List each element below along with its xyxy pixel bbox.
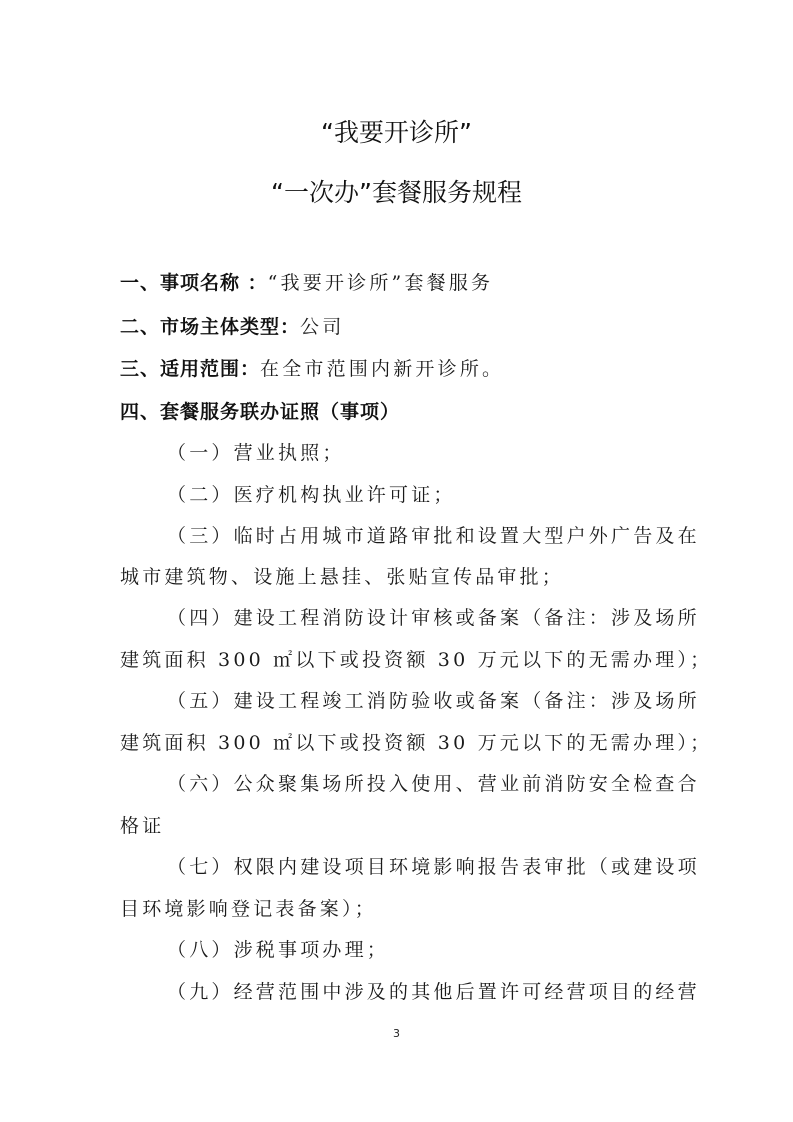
document-title-line-1: “我要开诊所” [0, 113, 793, 149]
list-item: （六）公众聚集场所投入使用、营业前消防安全检查合 [167, 772, 700, 796]
section-heading: 三、适用范围： [120, 358, 260, 380]
page-number: 3 [0, 1027, 793, 1040]
list-item: （二）医疗机构执业许可证； [167, 483, 456, 507]
list-item-continuation: 城市建筑物、设施上悬挂、张贴宣传品审批； [120, 565, 564, 589]
list-item: （五）建设工程竣工消防验收或备案（备注：涉及场所 [167, 689, 700, 713]
document-title-line-2: “一次办”套餐服务规程 [0, 173, 793, 209]
section-value: 公司 [300, 316, 344, 338]
section-scope: 三、适用范围：在全市范围内新开诊所。 [120, 357, 504, 381]
section-joint-licenses: 四、套餐服务联办证照（事项） [120, 400, 400, 424]
list-item: （四）建设工程消防设计审核或备案（备注：涉及场所 [167, 606, 700, 630]
section-heading: 四、套餐服务联办证照（事项） [120, 401, 400, 423]
section-item-name: 一、事项名称 ：“我要开诊所”套餐服务 [120, 271, 493, 295]
section-heading: 一、事项名称 ： [120, 272, 268, 294]
list-item: （七）权限内建设项目环境影响报告表审批（或建设项 [167, 855, 700, 879]
section-entity-type: 二、市场主体类型：公司 [120, 315, 344, 339]
list-item-continuation: 目环境影响登记表备案）； [120, 897, 377, 921]
section-value: 在全市范围内新开诊所。 [260, 358, 504, 380]
section-value: “我要开诊所”套餐服务 [268, 272, 494, 294]
list-item: （八）涉税事项办理； [167, 938, 389, 962]
list-item-continuation: 建筑面积 300 ㎡以下或投资额 30 万元以下的无需办理）； [120, 731, 712, 755]
list-item: （三）临时占用城市道路审批和设置大型户外广告及在 [167, 524, 700, 548]
list-item: （一）营业执照； [167, 441, 345, 465]
list-item-continuation: 格证 [120, 814, 164, 838]
list-item-continuation: 建筑面积 300 ㎡以下或投资额 30 万元以下的无需办理）； [120, 648, 712, 672]
section-heading: 二、市场主体类型： [120, 316, 300, 338]
list-item: （九）经营范围中涉及的其他后置许可经营项目的经营 [167, 980, 700, 1004]
